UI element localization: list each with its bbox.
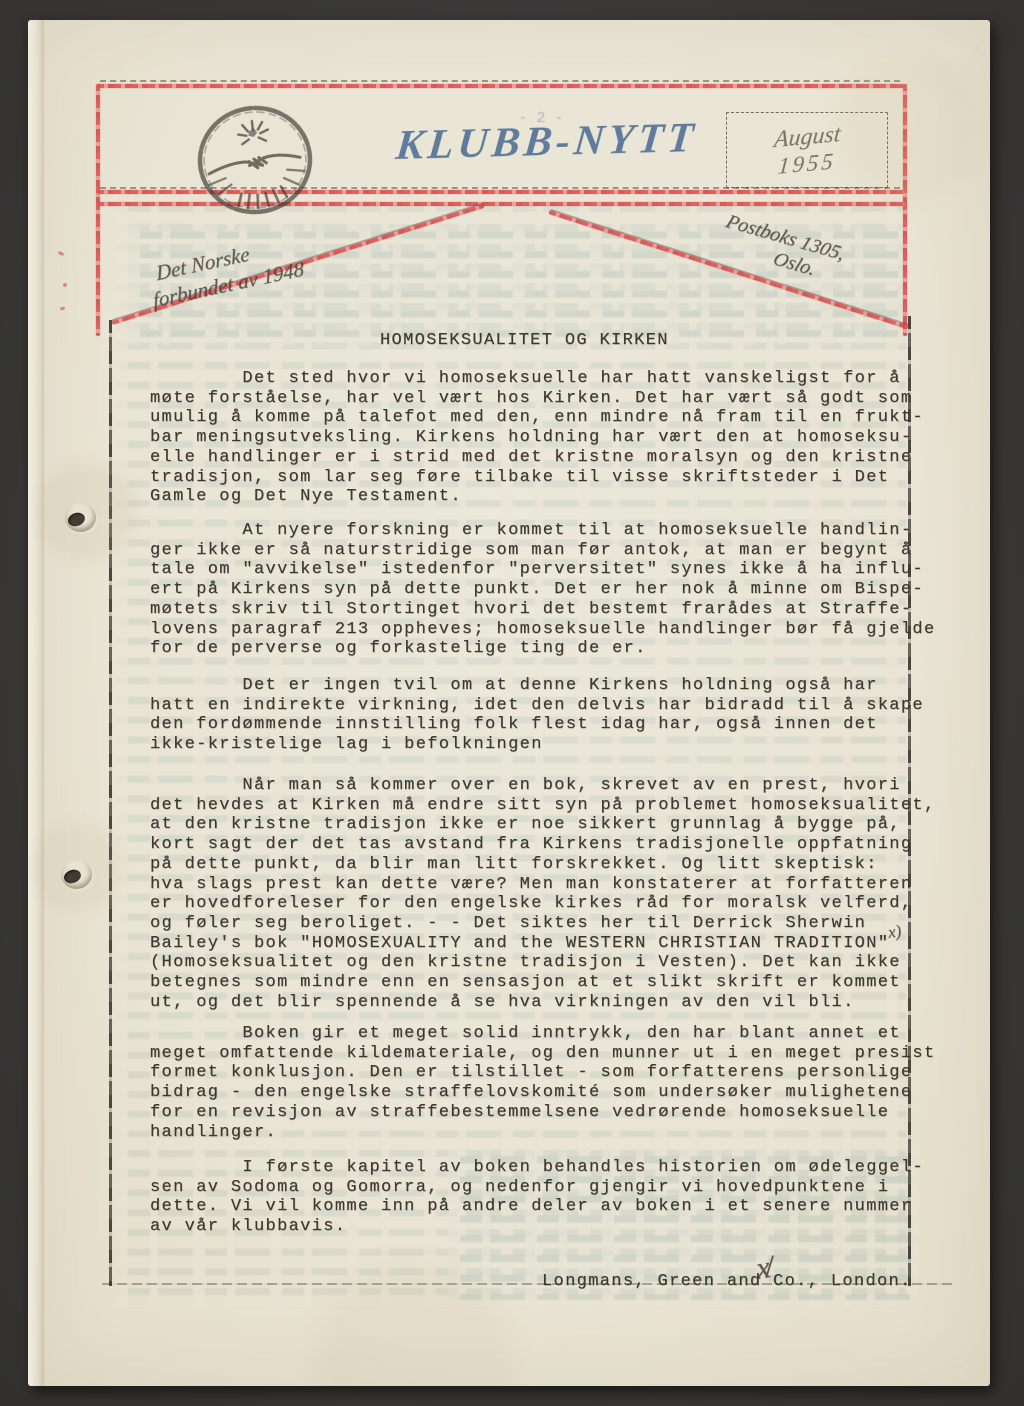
- red-frame-top-line: [97, 84, 905, 88]
- ink-speck: [63, 283, 67, 287]
- photo-backdrop: { "page": { "bleedthrough_page_number": …: [0, 0, 1024, 1406]
- handshake-emblem-stamp-icon: [188, 97, 321, 223]
- text-frame-left-line: [109, 320, 112, 1286]
- paragraph: Det er ingen tvil om at denne Kirkens ho…: [150, 676, 924, 755]
- organization-note: Det Norske forbundet av 1948: [155, 231, 305, 312]
- date-box: August 1955: [726, 112, 888, 188]
- paragraph: At nyere forskning er kommet til at homo…: [150, 521, 936, 659]
- footnote-reference-mark: x): [887, 921, 903, 942]
- paragraph: Boken gir et meget solid inntrykk, den h…: [150, 1024, 936, 1142]
- address-note: Postboks 1305, Oslo.: [714, 211, 849, 288]
- paragraph: Det sted hvor vi homoseksuelle har hatt …: [150, 369, 924, 507]
- pencil-scribble-top: [100, 80, 900, 82]
- date-year: 1955: [777, 148, 837, 179]
- ink-speck: [60, 306, 66, 310]
- ink-speck: [58, 251, 65, 256]
- footnote-text: Longmans, Green and Co., London.: [542, 1272, 912, 1292]
- punch-hole: [65, 503, 96, 532]
- paragraph: I første kapitel av boken behandles hist…: [150, 1158, 924, 1237]
- red-frame-right-line: [903, 84, 907, 336]
- red-frame-left-line: [96, 84, 100, 336]
- masthead-title: KLUBB-NYTT: [394, 114, 700, 170]
- document-page: - 2 -: [28, 20, 990, 1386]
- punch-hole: [61, 860, 92, 889]
- paragraph: Når man så kommer over en bok, skrevet a…: [150, 776, 936, 1012]
- article-heading: HOMOSEKSUALITET OG KIRKEN: [380, 331, 669, 351]
